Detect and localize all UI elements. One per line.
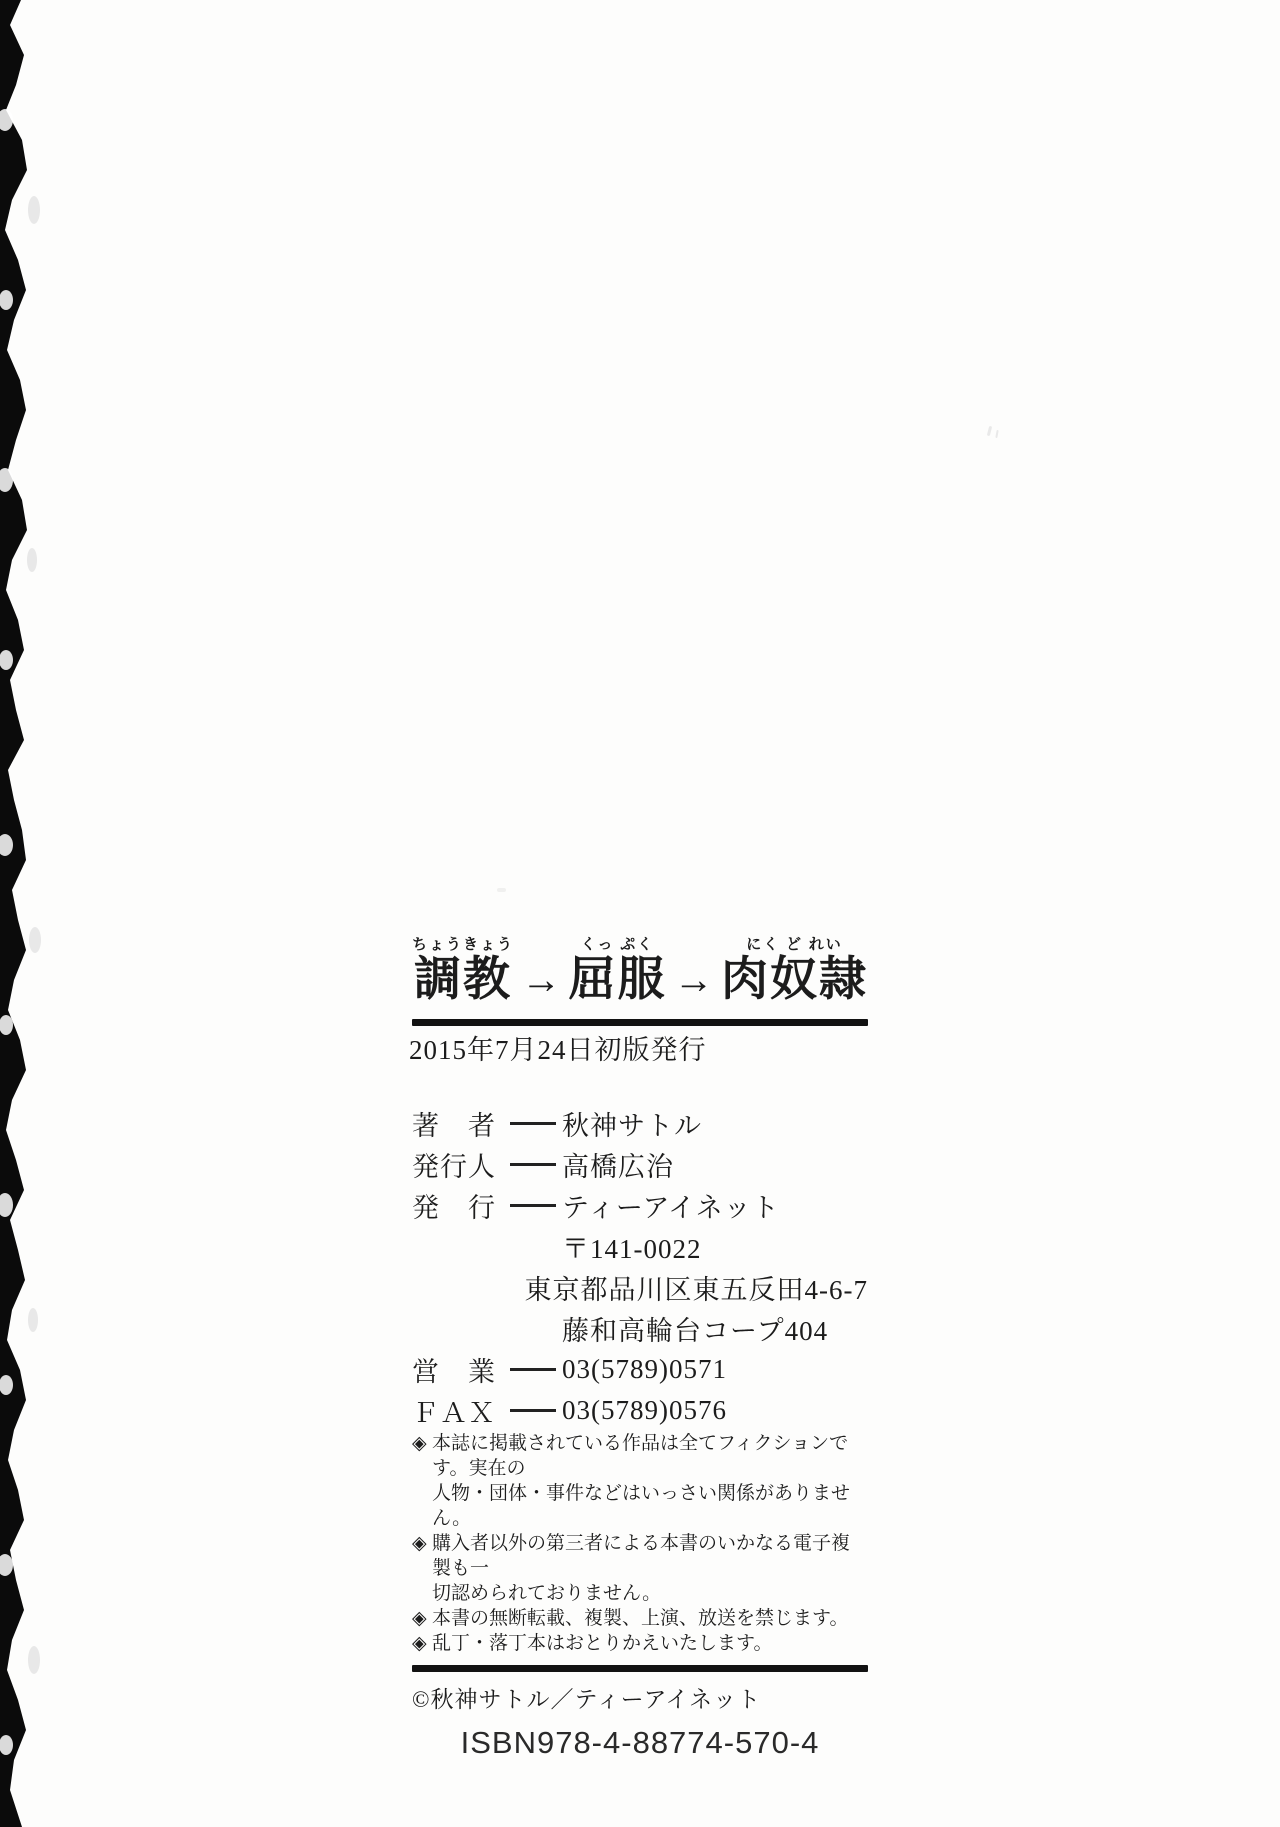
credit-label: 発行人 [412, 1145, 510, 1184]
dash-connector [510, 1163, 556, 1166]
credit-value: 〒141-0022 [562, 1227, 702, 1266]
diamond-bullet-icon [412, 1581, 432, 1606]
diamond-bullet-icon [412, 1481, 432, 1531]
credit-value: ティーアイネット [562, 1186, 780, 1225]
right-arrow-icon: → [674, 956, 714, 1006]
notice-text: 切認められておりません。 [432, 1581, 661, 1606]
credit-label: 営 業 [412, 1350, 510, 1389]
furigana: ちょうきょう [412, 936, 514, 954]
credit-row-sales-phone: 営 業03(5789)0571 [412, 1349, 868, 1390]
title-word-2: くっ ぷく 屈服 [568, 936, 666, 1006]
credit-row-publisher: 発 行ティーアイネット [412, 1185, 868, 1226]
notice-text: 人物・団体・事件などはいっさい関係がありません。 [432, 1481, 868, 1531]
dash-connector [510, 1409, 556, 1412]
credits-list: 著 者秋神サトル 発行人高橋広治 発 行ティーアイネット 〒141-0022 東… [412, 1103, 868, 1431]
credit-row-author: 著 者秋神サトル [412, 1103, 868, 1144]
credit-value: 03(5789)0571 [562, 1354, 727, 1385]
isbn: ISBN978-4-88774-570-4 [412, 1725, 868, 1761]
scan-speck [995, 430, 998, 438]
notice-text: 乱丁・落丁本はおとりかえいたします。 [432, 1631, 772, 1656]
title-kanji: 調教 [414, 954, 512, 1006]
notice-line: ◈本書の無断転載、複製、上演、放送を禁じます。 [412, 1606, 868, 1631]
title-kanji: 屈服 [568, 954, 666, 1006]
credit-row-postal-code: 〒141-0022 [412, 1226, 868, 1267]
notice-line: ◈購入者以外の第三者による本書のいかなる電子複製も一 [412, 1531, 868, 1581]
dash-connector [510, 1122, 556, 1125]
credit-row-publisher-person: 発行人高橋広治 [412, 1144, 868, 1185]
title-kanji: 肉奴隷 [721, 954, 868, 1006]
edition-date: 2015年7月24日初版発行 [409, 1035, 868, 1065]
notice-line: 切認められておりません。 [412, 1581, 868, 1606]
legal-notices: ◈本誌に掲載されている作品は全てフィクションです。実在の 人物・団体・事件などは… [412, 1431, 868, 1656]
furigana: にく ど れい [746, 936, 843, 954]
furigana: くっ ぷく [581, 936, 654, 954]
notice-line: ◈乱丁・落丁本はおとりかえいたします。 [412, 1631, 868, 1656]
notice-text: 本誌に掲載されている作品は全てフィクションです。実在の [432, 1431, 868, 1481]
credit-row-address-2: 藤和高輪台コープ404 [412, 1308, 868, 1349]
diamond-bullet-icon: ◈ [412, 1531, 432, 1581]
credit-value: 高橋広治 [562, 1145, 674, 1184]
right-arrow-icon: → [521, 956, 561, 1006]
notice-text: 購入者以外の第三者による本書のいかなる電子複製も一 [432, 1531, 868, 1581]
scan-speck [987, 426, 992, 436]
diamond-bullet-icon: ◈ [412, 1606, 432, 1631]
dash-connector [510, 1204, 556, 1207]
credit-row-fax: ＦＡＸ03(5789)0576 [412, 1390, 868, 1431]
title-word-1: ちょうきょう 調教 [412, 936, 514, 1006]
scan-edge-artifact [0, 0, 60, 1827]
notice-text: 本書の無断転載、複製、上演、放送を禁じます。 [432, 1606, 848, 1631]
credit-value: 03(5789)0576 [562, 1395, 727, 1426]
credit-label: 発 行 [412, 1186, 510, 1225]
credit-value: 東京都品川区東五反田4-6-7 [525, 1268, 868, 1307]
credit-value: 藤和高輪台コープ404 [562, 1309, 828, 1348]
colophon-block: ちょうきょう 調教 → くっ ぷく 屈服 → にく ど れい 肉奴隷 2015年… [412, 936, 868, 1761]
diamond-bullet-icon: ◈ [412, 1631, 432, 1656]
copyright-line: ©秋神サトル／ティーアイネット [412, 1681, 868, 1714]
credit-label: 著 者 [412, 1104, 510, 1143]
bottom-rule [412, 1665, 868, 1672]
notice-line: ◈本誌に掲載されている作品は全てフィクションです。実在の [412, 1431, 868, 1481]
book-title: ちょうきょう 調教 → くっ ぷく 屈服 → にく ど れい 肉奴隷 [412, 936, 868, 1006]
scan-speck [497, 888, 506, 892]
title-rule [412, 1019, 868, 1026]
notice-line: 人物・団体・事件などはいっさい関係がありません。 [412, 1481, 868, 1531]
scanned-colophon-page: ちょうきょう 調教 → くっ ぷく 屈服 → にく ど れい 肉奴隷 2015年… [0, 0, 1280, 1827]
diamond-bullet-icon: ◈ [412, 1431, 432, 1481]
dash-connector [510, 1368, 556, 1371]
credit-value: 秋神サトル [562, 1104, 702, 1143]
title-word-3: にく ど れい 肉奴隷 [721, 936, 868, 1006]
credit-row-address-1: 東京都品川区東五反田4-6-7 [412, 1267, 868, 1308]
credit-label: ＦＡＸ [412, 1391, 510, 1430]
